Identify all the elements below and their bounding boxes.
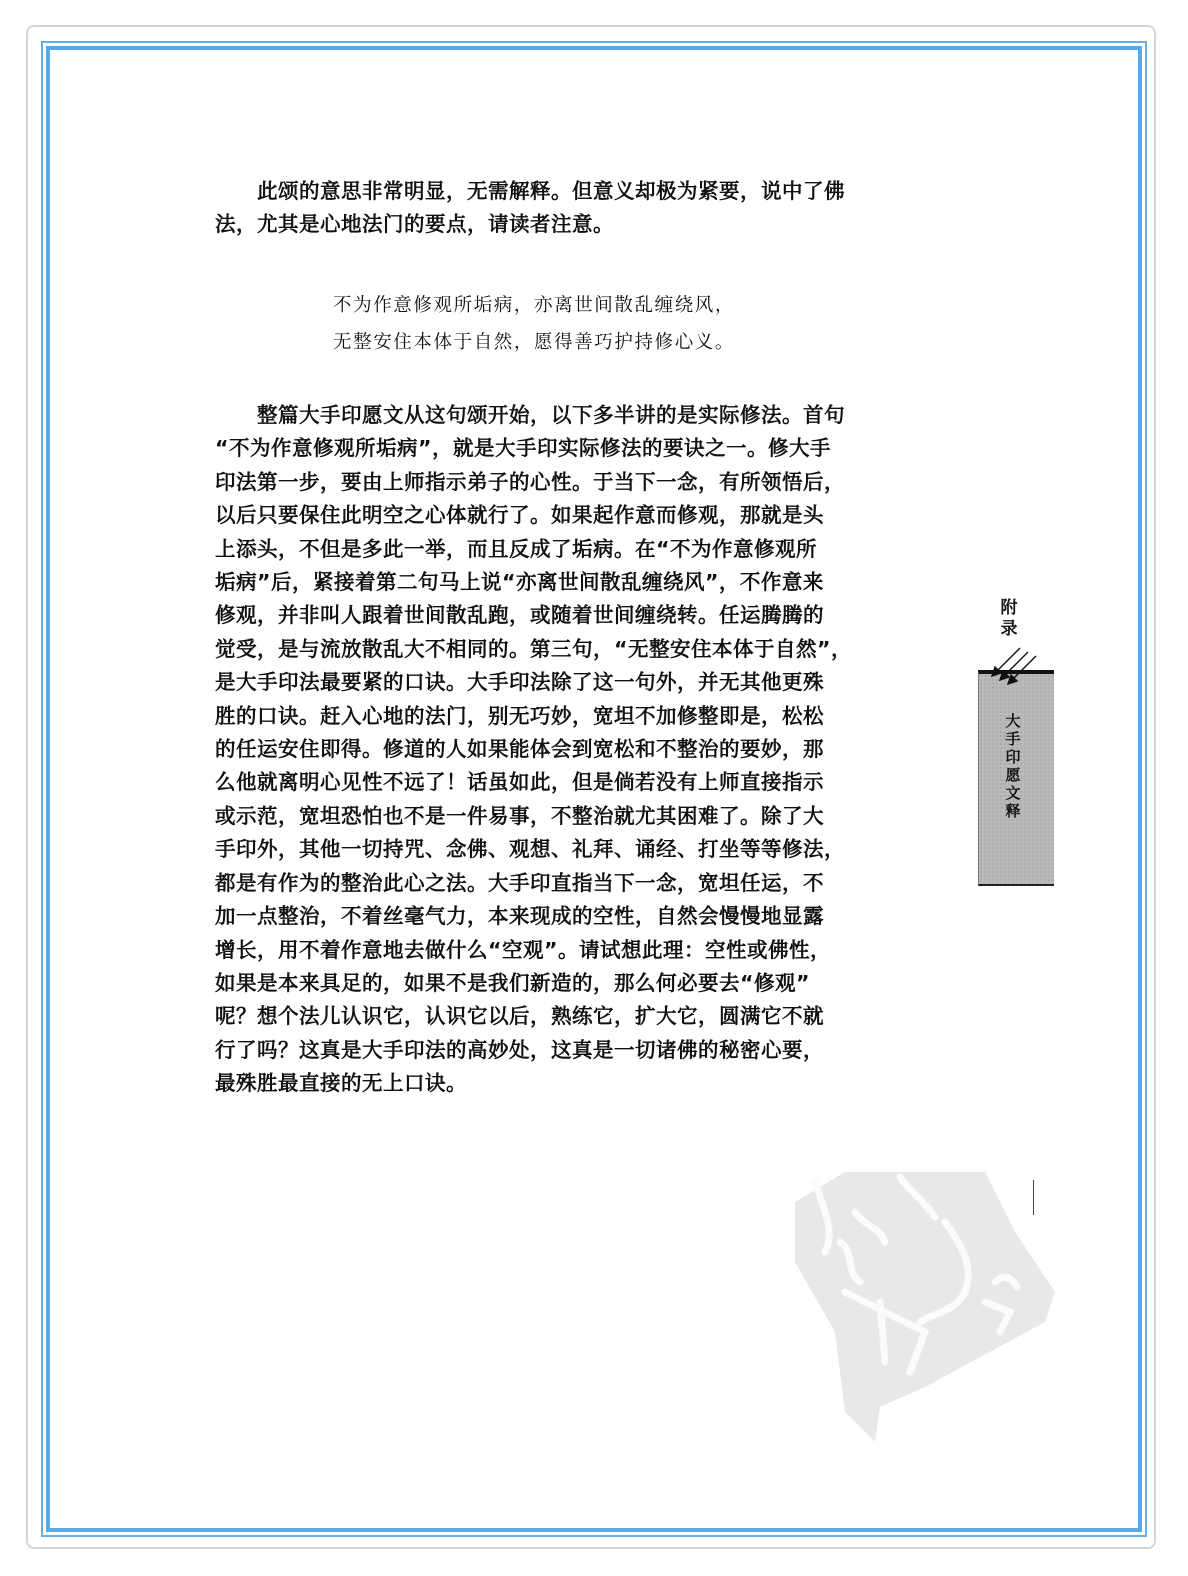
- verse-block: 不为作意修观所垢病，亦离世间散乱缠绕风， 无整安住本体于自然，愿得善巧护持修心义…: [333, 287, 735, 361]
- book-page: 此颂的意思非常明显，无需解释。但意义却极为紧要，说中了佛 法，尤其是心地法门的要…: [50, 50, 1138, 1528]
- text-line: 行了吗？这真是大手印法的高妙处，这真是一切诸佛的秘密心要，: [215, 1034, 895, 1067]
- text-line: “不为作意修观所垢病”，就是大手印实际修法的要诀之一。修大手: [215, 432, 895, 465]
- text-line: 么他就离明心见性不远了！话虽如此，但是倘若没有上师直接指示: [215, 766, 895, 799]
- chapter-title-char: 愿: [1002, 766, 1024, 784]
- verse-line: 无整安住本体于自然，愿得善巧护持修心义。: [333, 324, 735, 361]
- verse-line: 不为作意修观所垢病，亦离世间散乱缠绕风，: [333, 287, 735, 324]
- seal-stamp-icon: [785, 1172, 1070, 1442]
- text-line: 增长，用不着作意地去做什么“空观”。请试想此理：空性或佛性，: [215, 934, 895, 967]
- section-label-char: 附: [998, 598, 1020, 619]
- text-line: 的任运安住即得。修道的人如果能体会到宽松和不整治的要妙，那: [215, 733, 895, 766]
- paragraph-2: 整篇大手印愿文从这句颂开始，以下多半讲的是实际修法。首句 “不为作意修观所垢病”…: [215, 399, 895, 1101]
- text-line: 最殊胜最直接的无上口诀。: [215, 1067, 895, 1100]
- text-line: 修观，并非叫人跟着世间散乱跑，或随着世间缠绕转。任运腾腾的: [215, 599, 895, 632]
- text-line: 法，尤其是心地法门的要点，请读者注意。: [215, 208, 895, 241]
- chapter-title-char: 释: [1002, 802, 1024, 820]
- paragraph-1: 此颂的意思非常明显，无需解释。但意义却极为紧要，说中了佛 法，尤其是心地法门的要…: [215, 175, 895, 242]
- chapter-tab: 大 手 印 愿 文 释: [978, 670, 1054, 886]
- chapter-title-char: 大: [1002, 712, 1024, 730]
- chapter-title: 大 手 印 愿 文 释: [1002, 712, 1024, 820]
- margin-mark: [1033, 1180, 1034, 1215]
- chapter-title-char: 文: [1002, 784, 1024, 802]
- text-line: 觉受，是与流放散乱大不相同的。第三句，“无整安住本体于自然”，: [215, 633, 895, 666]
- chapter-title-char: 印: [1002, 748, 1024, 766]
- text-line: 呢？想个法儿认识它，认识它以后，熟练它，扩大它，圆满它不就: [215, 1000, 895, 1033]
- text-line: 此颂的意思非常明显，无需解释。但意义却极为紧要，说中了佛: [215, 175, 895, 208]
- text-line: 胜的口诀。赶入心地的法门，别无巧妙，宽坦不加修整即是，松松: [215, 700, 895, 733]
- arrows-icon: [982, 646, 1042, 696]
- text-line: 是大手印法最要紧的口诀。大手印法除了这一句外，并无其他更殊: [215, 666, 895, 699]
- text-line: 或示范，宽坦恐怕也不是一件易事，不整治就尤其困难了。除了大: [215, 800, 895, 833]
- section-label-char: 录: [998, 619, 1020, 640]
- text-line: 整篇大手印愿文从这句颂开始，以下多半讲的是实际修法。首句: [215, 399, 895, 432]
- text-line: 垢病”后，紧接着第二句马上说“亦离世间散乱缠绕风”，不作意来: [215, 566, 895, 599]
- text-line: 都是有作为的整治此心之法。大手印直指当下一念，宽坦任运，不: [215, 867, 895, 900]
- text-line: 以后只要保住此明空之心体就行了。如果起作意而修观，那就是头: [215, 499, 895, 532]
- text-line: 印法第一步，要由上师指示弟子的心性。于当下一念，有所领悟后，: [215, 466, 895, 499]
- text-line: 手印外，其他一切持咒、念佛、观想、礼拜、诵经、打坐等等修法，: [215, 833, 895, 866]
- text-line: 上添头，不但是多此一举，而且反成了垢病。在“不为作意修观所: [215, 533, 895, 566]
- text-line: 加一点整治，不着丝毫气力，本来现成的空性，自然会慢慢地显露: [215, 900, 895, 933]
- text-line: 如果是本来具足的，如果不是我们新造的，那么何必要去“修观”: [215, 967, 895, 1000]
- section-label: 附 录: [998, 598, 1020, 640]
- chapter-title-char: 手: [1002, 730, 1024, 748]
